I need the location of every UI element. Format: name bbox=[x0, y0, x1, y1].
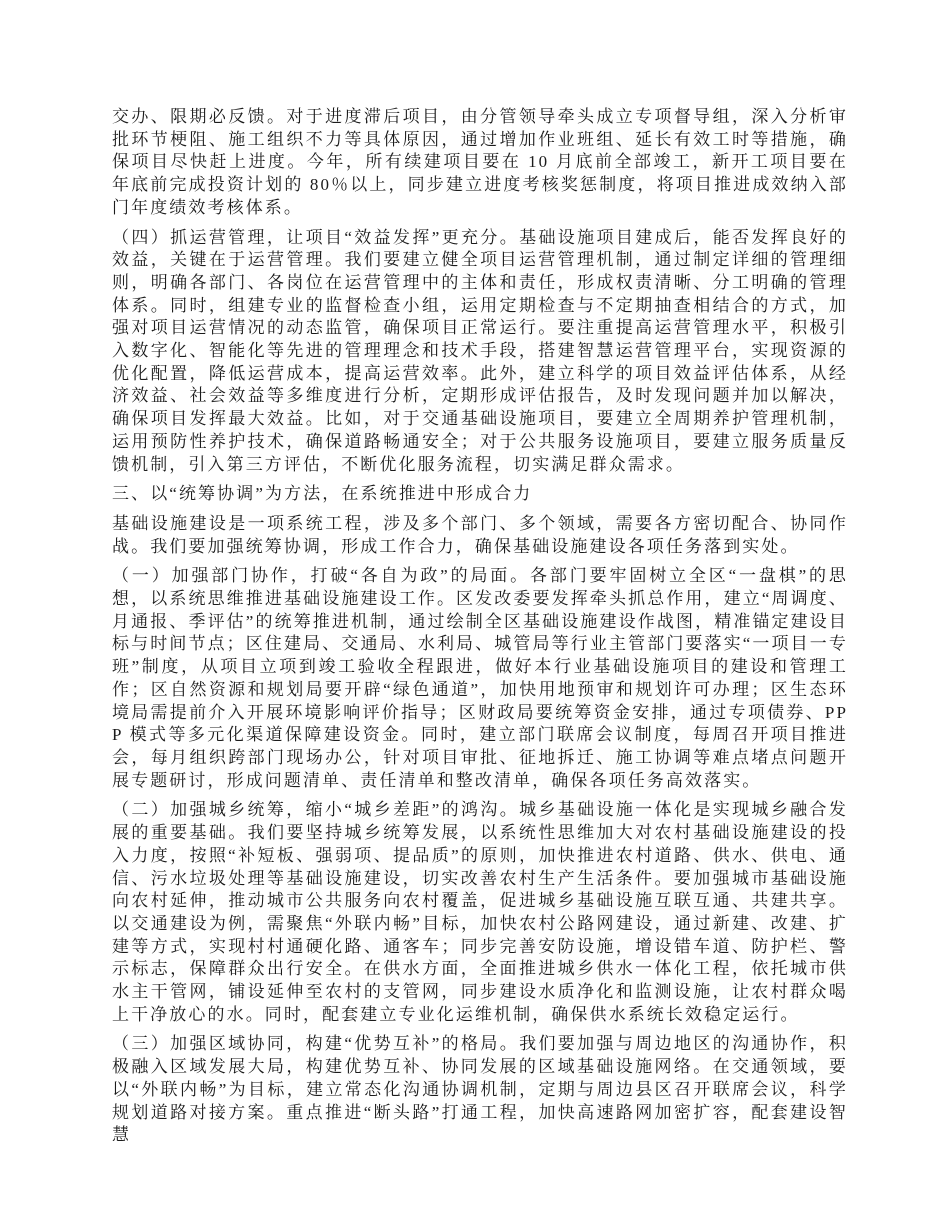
paragraph: （四）抓运营管理，让项目“效益发挥”更充分。基础设施项目建成后，能否发挥良好的效… bbox=[112, 227, 848, 477]
paragraph: （一）加强部门协作，打破“各自为政”的局面。各部门要牢固树立全区“一盘棋”的思想… bbox=[112, 565, 848, 792]
document-body: 交办、限期必反馈。对于进度滞后项目，由分管领导牵头成立专项督导组，深入分析审批环… bbox=[112, 106, 848, 1147]
paragraph: 基础设施建设是一项系统工程，涉及多个部门、多个领域，需要各方密切配合、协同作战。… bbox=[112, 513, 848, 558]
paragraph: 交办、限期必反馈。对于进度滞后项目，由分管领导牵头成立专项督导组，深入分析审批环… bbox=[112, 106, 848, 220]
document-page: 交办、限期必反馈。对于进度滞后项目，由分管领导牵头成立专项督导组，深入分析审批环… bbox=[0, 0, 950, 1230]
paragraph: （三）加强区域协同，构建“优势互补”的格局。我们要加强与周边地区的沟通协作，积极… bbox=[112, 1033, 848, 1147]
paragraph: （二）加强城乡统筹，缩小“城乡差距”的鸿沟。城乡基础设施一体化是实现城乡融合发展… bbox=[112, 799, 848, 1026]
section-heading: 三、以“统筹协调”为方法，在系统推进中形成合力 bbox=[112, 483, 848, 506]
